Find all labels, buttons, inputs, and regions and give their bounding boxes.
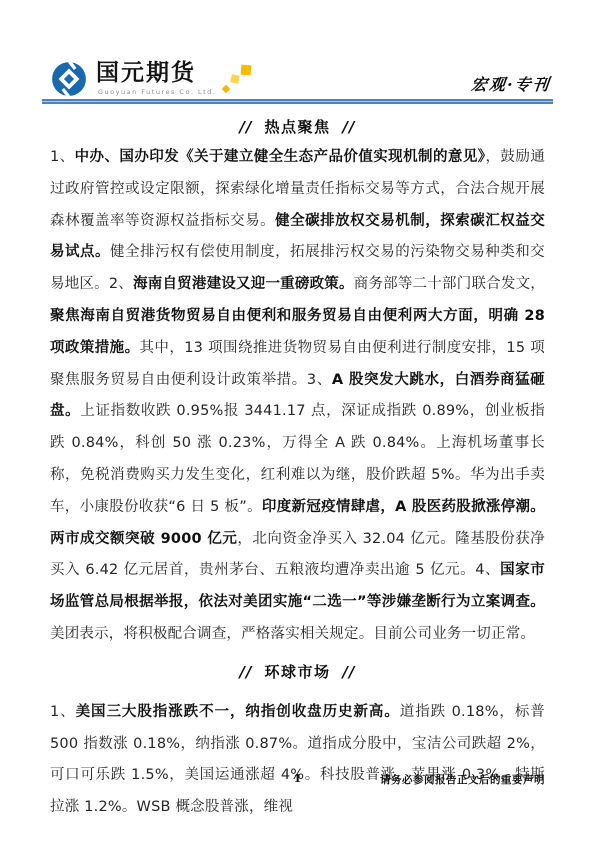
report-body: //热点聚焦// 1、中办、国办印发《关于建立健全生态产品价值实现机制的意见》，… — [50, 110, 545, 824]
heading-slashes-left: // — [240, 663, 253, 681]
heading-slashes-right: // — [343, 663, 356, 681]
heading-slashes-right: // — [343, 118, 356, 136]
page-footer: 1 请务必参阅报告正文后的重要声明 — [50, 772, 545, 788]
body-paragraph-global-markets: 1、美国三大股指涨跌不一，纳指创收盘历史新高。道指跌 0.18%，标普 500 … — [50, 697, 545, 824]
heading-slashes-left: // — [240, 118, 253, 136]
section-heading-hotspots: //热点聚焦// — [50, 116, 545, 138]
report-header: 国元期货 Guoyuan Futures Co. Ltd. 宏观·专刊 — [50, 54, 551, 98]
body-paragraph-hotspots: 1、中办、国办印发《关于建立健全生态产品价值实现机制的意见》，鼓励通过政府管控或… — [50, 142, 545, 651]
brand: 国元期货 Guoyuan Futures Co. Ltd. — [50, 60, 252, 98]
edition-label: 宏观·专刊 — [470, 72, 552, 98]
brand-subtitle: Guoyuan Futures Co. Ltd. — [96, 89, 216, 96]
section-title: 热点聚焦 — [264, 118, 330, 136]
header-rule — [42, 99, 553, 104]
brand-name: 国元期货 — [96, 62, 216, 85]
brand-logo-icon — [50, 60, 88, 98]
gold-squares-icon — [222, 64, 252, 94]
section-heading-global-markets: //环球市场// — [50, 661, 545, 683]
report-page: 国元期货 Guoyuan Futures Co. Ltd. 宏观·专刊 //热点… — [0, 0, 595, 842]
section-title: 环球市场 — [264, 663, 330, 681]
footer-disclaimer: 请务必参阅报告正文后的重要声明 — [380, 772, 545, 787]
brand-text: 国元期货 Guoyuan Futures Co. Ltd. — [96, 60, 216, 96]
